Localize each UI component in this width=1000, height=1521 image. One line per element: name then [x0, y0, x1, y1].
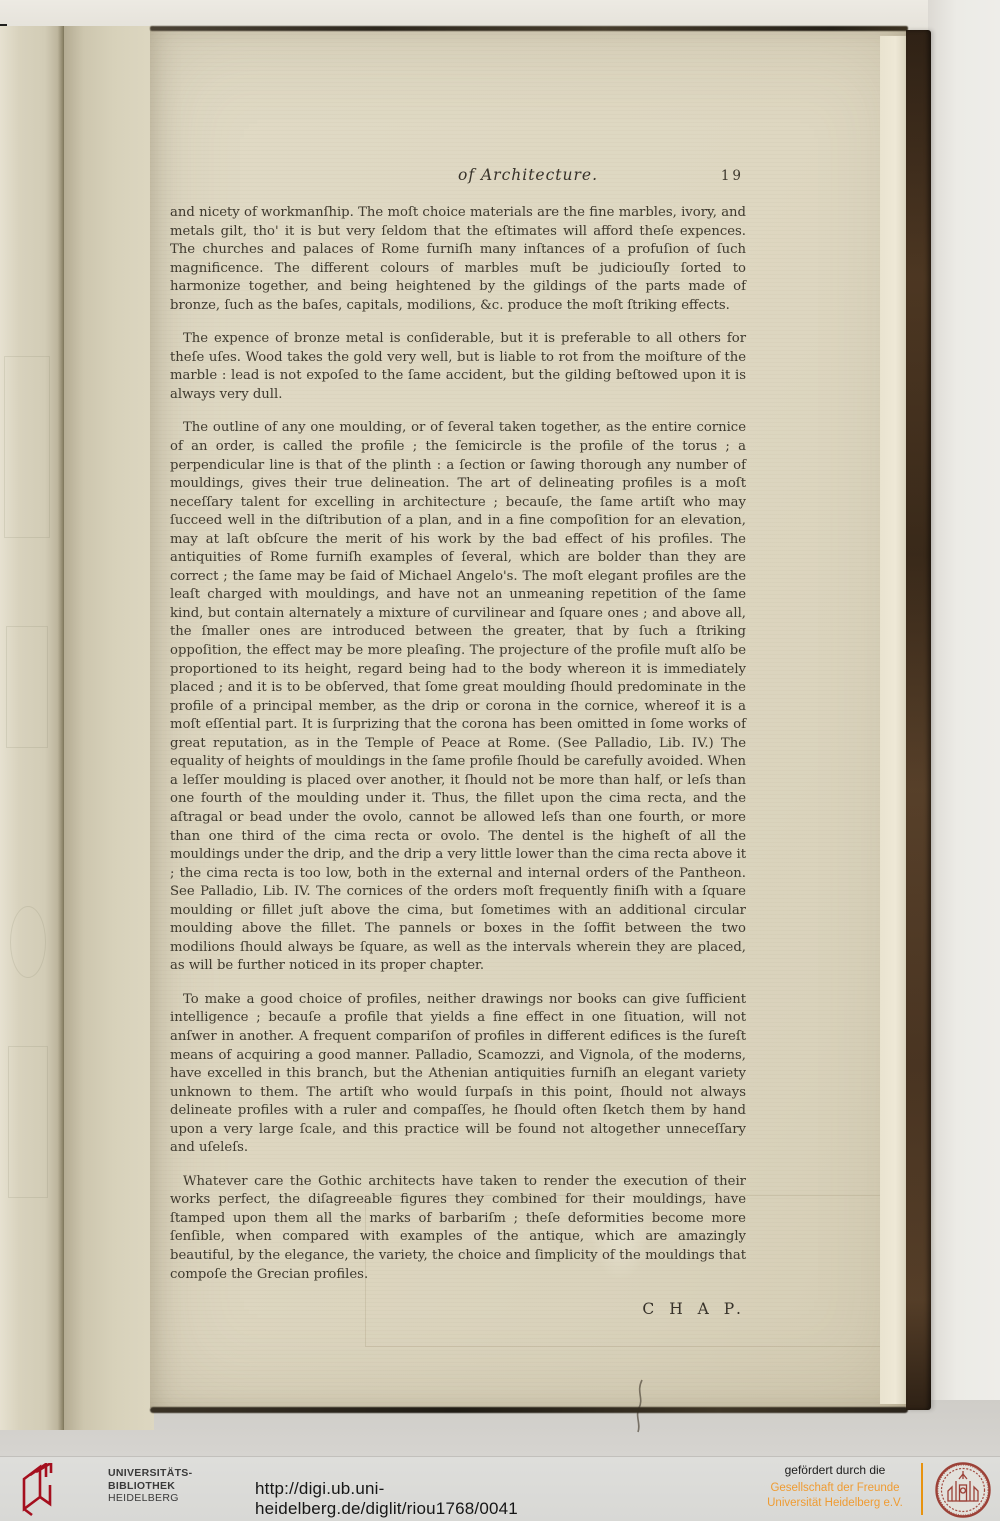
paragraph: To make a good choice of profiles, neith…	[170, 991, 746, 1158]
paragraph: Whatever care the Gothic architects have…	[170, 1173, 746, 1284]
catchword-chap: C H A P.	[170, 1300, 746, 1318]
document-url-link[interactable]: http://digi.ub.uni-heidelberg.de/diglit/…	[255, 1479, 635, 1519]
funding-line1: Gesellschaft der Freunde	[755, 1481, 915, 1496]
facing-page-curl	[0, 26, 64, 1430]
funding-line2: Universität Heidelberg e.V.	[755, 1496, 915, 1511]
thread-mark	[628, 1378, 652, 1434]
footer-divider	[921, 1463, 923, 1515]
digilib-footer-bar: UNIVERSITÄTS- BIBLIOTHEK HEIDELBERG http…	[0, 1456, 1000, 1521]
paragraph: The outline of any one moulding, or of ſ…	[170, 419, 746, 975]
library-name-line2: BIBLIOTHEK	[108, 1480, 192, 1493]
showthrough-plate-outline	[6, 626, 48, 748]
showthrough-plate-outline	[4, 356, 50, 538]
paragraph: and nicety of workmanſhip. The moſt choi…	[170, 204, 746, 315]
underlying-page-edge	[880, 36, 908, 1404]
library-name-line3: HEIDELBERG	[108, 1492, 192, 1505]
running-head-row: of Architecture. 19	[170, 166, 746, 192]
page-text: of Architecture. 19 and nicety of workma…	[170, 166, 746, 1318]
showthrough-plate-outline	[10, 906, 46, 978]
page-number: 19	[721, 168, 744, 184]
book-binding-edge	[906, 30, 931, 1410]
university-library-logo-icon	[20, 1463, 72, 1517]
funding-note: gefördert durch die Gesellschaft der Fre…	[755, 1463, 915, 1511]
library-name-line1: UNIVERSITÄTS-	[108, 1467, 192, 1480]
showthrough-plate-outline	[8, 1046, 48, 1198]
page-fold-shadow	[64, 26, 154, 1430]
funding-prefix: gefördert durch die	[755, 1463, 915, 1477]
university-heidelberg-seal-icon	[934, 1461, 992, 1519]
paragraph: The expence of bronze metal is conſidera…	[170, 330, 746, 404]
library-name: UNIVERSITÄTS- BIBLIOTHEK HEIDELBERG	[108, 1467, 192, 1505]
running-head: of Architecture.	[458, 166, 598, 184]
